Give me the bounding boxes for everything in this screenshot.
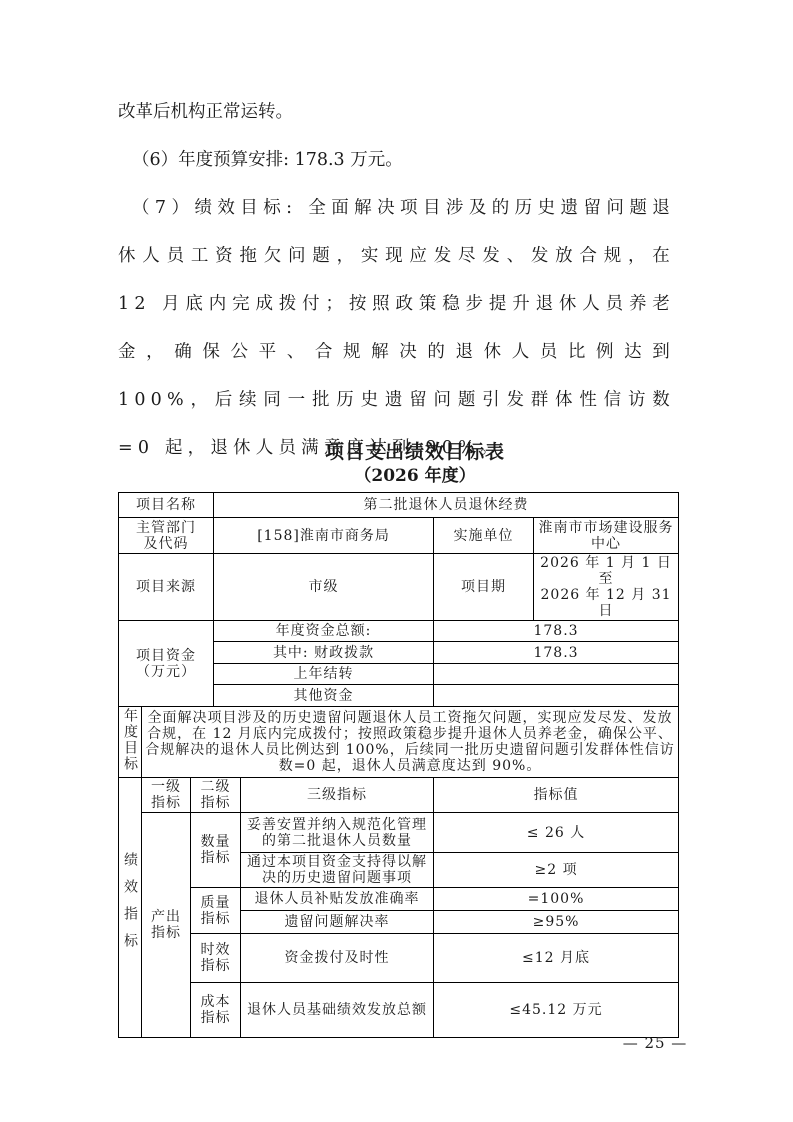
paragraph-normal-operation: 改革后机构正常运转。 [118,88,675,136]
table-row: 年度目标 全面解决项目涉及的历史遗留问题退休人员工资拖欠问题，实现应发尽发、发放… [119,707,679,778]
performance-target-table: 项目名称 第二批退休人员退休经费 主管部门 及代码 [158]淮南市商务局 实施… [118,492,679,1038]
level2-cost-indicator: 成本 指标 [191,983,241,1038]
perf-side-label-text: 绩效指标 [122,852,138,960]
dept-label: 主管部门 及代码 [119,518,214,554]
table-subtitle-year: （2026 年度） [152,465,678,488]
fund-row-value: 178.3 [434,621,679,642]
table-row: 项目名称 第二批退休人员退休经费 [119,493,679,518]
table-title-block: 项目支出绩效目标表 （2026 年度） [118,440,678,488]
fund-row-name: 上年结转 [214,664,434,685]
indicator-name: 妥善安置并纳入规范化管理 的第二批退休人员数量 [241,813,434,853]
document-page: 改革后机构正常运转。 （6）年度预算安排: 178.3 万元。 （7）绩效目标:… [0,0,793,1122]
table-row: 绩效指标 一级 指标 二级 指标 三级指标 指标值 [119,778,679,813]
fund-row-value: 178.3 [434,642,679,664]
source-value: 市级 [214,554,434,621]
page-number: — 25 — [560,1034,750,1052]
indicator-value: ≥95% [434,911,679,934]
header-level2: 二级 指标 [191,778,241,813]
indicator-value: ≥2 项 [434,853,679,888]
paragraph-performance-goal: （7）绩效目标: 全面解决项目涉及的历史遗留问题退休人员工资拖欠问题，实现应发尽… [118,184,675,472]
impl-unit-value: 淮南市市场建设服务中心 [534,518,679,554]
indicator-name: 遗留问题解决率 [241,911,434,934]
table-row: 成本 指标 退休人员基础绩效发放总额 ≤45.12 万元 [119,983,679,1038]
table-title: 项目支出绩效目标表 [152,440,678,465]
header-value: 指标值 [434,778,679,813]
indicator-value: ≤ 26 人 [434,813,679,853]
table-row: 主管部门 及代码 [158]淮南市商务局 实施单位 淮南市市场建设服务中心 [119,518,679,554]
annual-goal-label: 年度目标 [119,707,142,778]
header-level3: 三级指标 [241,778,434,813]
fund-row-name: 其他资金 [214,685,434,707]
fund-row-value [434,685,679,707]
indicator-name: 退休人员补贴发放准确率 [241,888,434,911]
annual-goal-label-text: 年度目标 [122,708,138,772]
level1-output-indicator: 产出 指标 [142,813,191,1038]
funds-label: 项目资金 （万元） [119,621,214,707]
indicator-name: 资金拨付及时性 [241,934,434,983]
annual-goal-text: 全面解决项目涉及的历史遗留问题退休人员工资拖欠问题，实现应发尽发、发放合规，在 … [142,707,679,778]
level2-timeliness-indicator: 时效 指标 [191,934,241,983]
body-text-block: 改革后机构正常运转。 （6）年度预算安排: 178.3 万元。 （7）绩效目标:… [118,88,675,472]
fund-row-value [434,664,679,685]
project-name-value: 第二批退休人员退休经费 [214,493,679,518]
dept-value: [158]淮南市商务局 [214,518,434,554]
project-name-label: 项目名称 [119,493,214,518]
period-value: 2026 年 1 月 1 日至 2026 年 12 月 31 日 [534,554,679,621]
table-row: 时效 指标 资金拨付及时性 ≤12 月底 [119,934,679,983]
table-row: 产出 指标 数量 指标 妥善安置并纳入规范化管理 的第二批退休人员数量 ≤ 26… [119,813,679,853]
header-level1: 一级 指标 [142,778,191,813]
indicator-value: ≤45.12 万元 [434,983,679,1038]
perf-side-label: 绩效指标 [119,778,142,1038]
period-label: 项目期 [434,554,534,621]
indicator-name: 通过本项目资金支持得以解 决的历史遗留问题事项 [241,853,434,888]
indicator-value: =100% [434,888,679,911]
table-row: 项目资金 （万元） 年度资金总额: 178.3 [119,621,679,642]
paragraph-annual-budget: （6）年度预算安排: 178.3 万元。 [118,136,675,184]
source-label: 项目来源 [119,554,214,621]
table-row: 项目来源 市级 项目期 2026 年 1 月 1 日至 2026 年 12 月 … [119,554,679,621]
indicator-name: 退休人员基础绩效发放总额 [241,983,434,1038]
table-row: 质量 指标 退休人员补贴发放准确率 =100% [119,888,679,911]
impl-unit-label: 实施单位 [434,518,534,554]
fund-row-name: 其中: 财政拨款 [214,642,434,664]
fund-row-name: 年度资金总额: [214,621,434,642]
level2-quantity-indicator: 数量 指标 [191,813,241,888]
level2-quality-indicator: 质量 指标 [191,888,241,934]
indicator-value: ≤12 月底 [434,934,679,983]
